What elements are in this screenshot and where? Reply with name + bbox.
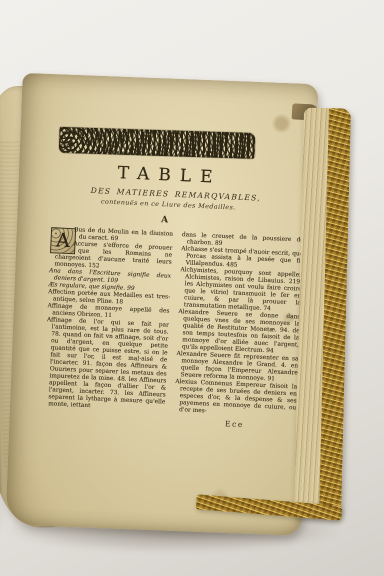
book-page: TABLE DES MATIERES REMARQVABLES, contenu… [5, 73, 318, 536]
index-columns: A Bus de du Moulin en la diuision du car… [43, 226, 305, 419]
signature-mark: Ece [171, 417, 297, 432]
page-content: TABLE DES MATIERES REMARQVABLES, contenu… [40, 117, 311, 431]
photo-scene: TABLE DES MATIERES REMARQVABLES, contenu… [0, 0, 384, 576]
index-column-right: dans le creuset de la poussiere de charb… [174, 232, 304, 419]
fore-edge-pages [294, 107, 351, 518]
headpiece-ornament [59, 127, 256, 159]
index-entry: Alexius Comnenus Empereur faisoit la rec… [174, 379, 297, 419]
index-entry: Affinage de l'or qui se fait par l'antim… [43, 317, 169, 413]
index-column-left: A Bus de du Moulin en la diuision du car… [43, 226, 173, 413]
drop-cap-initial: A [50, 227, 76, 254]
index-entry: Alexandre Seuere se donne dans quelques … [177, 309, 301, 356]
index-entry: Alchymistes, pourquoy sont appellez Alch… [179, 267, 303, 314]
